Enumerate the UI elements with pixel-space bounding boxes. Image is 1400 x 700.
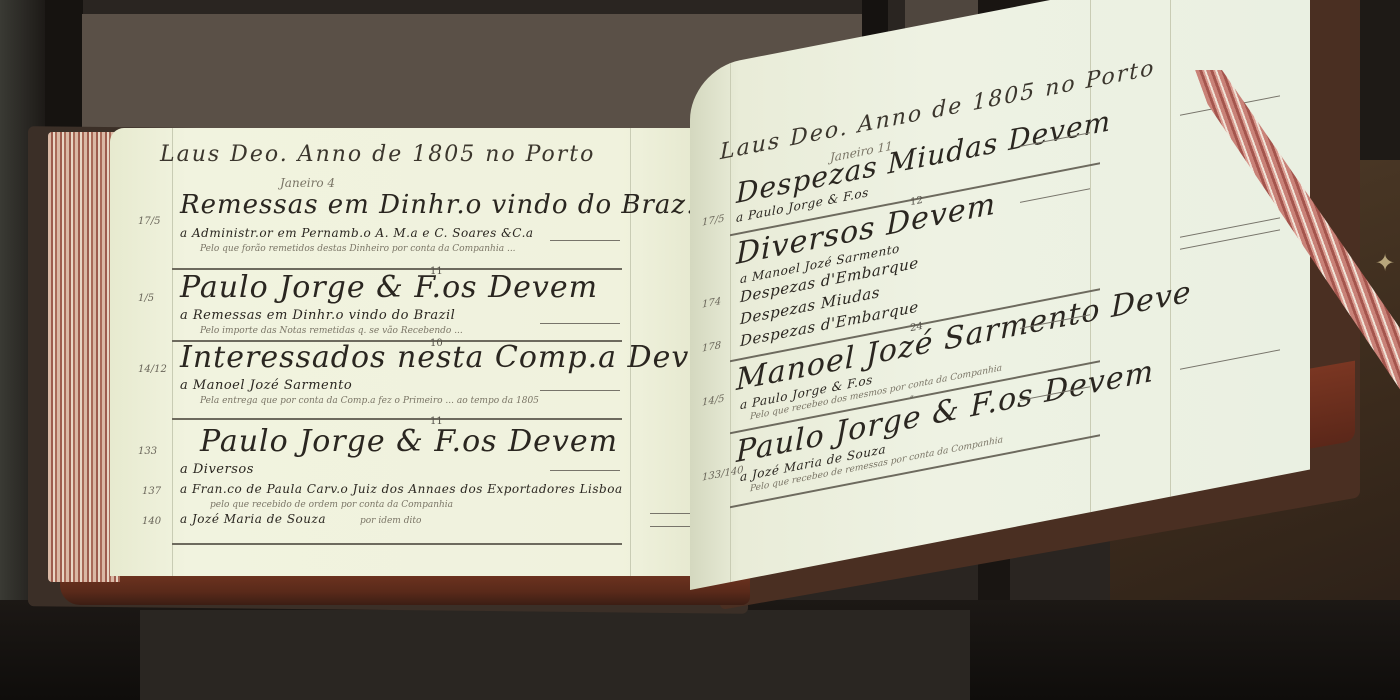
amount-underline xyxy=(1180,349,1280,369)
folio-number: 133 xyxy=(138,446,157,457)
amount-underline xyxy=(540,390,620,391)
amount-underline xyxy=(550,470,620,471)
entry-title: Paulo Jorge & F.os Devem xyxy=(200,424,618,459)
page-heading: Laus Deo. Anno de 1805 no Porto xyxy=(160,142,595,167)
entry-note: Pelo que forão remetidos destas Dinheiro… xyxy=(200,244,516,254)
entry-title: Remessas em Dinhr.o vindo do Braz.l Dem xyxy=(180,190,750,220)
amount-underline xyxy=(1180,217,1280,237)
sub-entry-line: a Jozé Maria de Souza xyxy=(180,512,326,526)
entry-divider xyxy=(172,543,622,545)
amount-underline xyxy=(1180,229,1280,249)
folio-number: 17/5 xyxy=(138,216,160,227)
entry-note: Pela entrega que por conta da Comp.a fez… xyxy=(200,396,539,406)
folio-number: 174 xyxy=(702,296,721,311)
entry-title: Paulo Jorge & F.os Devem xyxy=(180,270,598,305)
sub-entry-note: por idem dito xyxy=(360,516,421,526)
amount-underline xyxy=(550,240,620,241)
entry-line: a Diversos xyxy=(180,462,254,477)
ledger-book: Laus Deo. Anno de 1805 no Porto Janeiro … xyxy=(0,0,1400,700)
sub-entry-note: pelo que recebido de ordem por conta da … xyxy=(210,500,453,510)
folio-number: 178 xyxy=(702,340,721,355)
entry-line: a Remessas em Dinhr.o vindo do Brazil xyxy=(180,308,455,323)
amount-underline xyxy=(1020,188,1090,203)
folio-number: 140 xyxy=(142,516,161,527)
margin-rule xyxy=(172,128,173,576)
left-page: Laus Deo. Anno de 1805 no Porto Janeiro … xyxy=(110,128,750,576)
folio-number: 17/5 xyxy=(702,213,724,228)
entry-line: a Administr.or em Pernamb.o A. M.a e C. … xyxy=(180,226,534,240)
amount-column-rule xyxy=(1170,0,1171,497)
sub-entry-line: a Fran.co de Paula Carv.o Juiz dos Annae… xyxy=(180,482,623,496)
page-subheading: Janeiro 4 xyxy=(280,176,335,190)
entry-line: a Manoel Jozé Sarmento xyxy=(180,378,352,393)
folio-number: 14/12 xyxy=(138,364,167,375)
folio-number: 14/5 xyxy=(702,393,724,408)
amount-underline xyxy=(540,323,620,324)
entry-divider xyxy=(172,418,622,420)
entry-note: Pelo importe das Notas remetidas q. se v… xyxy=(200,326,463,336)
folio-number: 137 xyxy=(142,486,161,497)
entry-title: Interessados nesta Comp.a Devem xyxy=(180,340,737,375)
folio-number: 1/5 xyxy=(138,293,154,304)
